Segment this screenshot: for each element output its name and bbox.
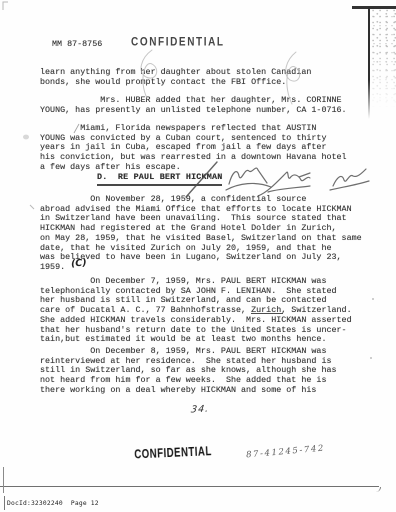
record-number-handwritten: 87-41245-742 — [246, 444, 326, 461]
paragraph-2: Mrs. HUBER added that her daughter, Mrs.… — [40, 96, 347, 115]
page-number: 34. — [190, 404, 210, 416]
paragraph-1: learn anything from her daughter about s… — [40, 68, 311, 87]
section-heading: D. RE PAUL BERT HICKMAN — [97, 172, 222, 186]
paragraph-3: Miami, Florida newspapers reflected that… — [40, 124, 347, 173]
file-number: MM 87-8756 — [52, 39, 102, 49]
bottom-edge-line — [0, 486, 379, 487]
margin-tick-mark — [30, 205, 34, 209]
scan-edge-noise — [371, 9, 396, 114]
scan-edge-artifact-vertical — [368, 7, 370, 119]
zurich-underline-mark — [251, 313, 283, 314]
paragraph-5: On December 7, 1959, Mrs. PAUL BERT HICK… — [40, 277, 352, 345]
corner-mark-top-left — [3, 2, 8, 10]
classification-mark: (C) — [71, 257, 87, 269]
confidential-stamp-bottom: CONFIDENTIAL — [134, 444, 212, 462]
paragraph-6: On December 8, 1959, Mrs. PAUL BERT HICK… — [40, 347, 337, 396]
confidential-stamp-top: CONFIDENTIAL — [131, 36, 225, 49]
document-page: MM 87-8756 CONFIDENTIAL learn anything f… — [0, 0, 396, 512]
left-edge-line — [3, 467, 4, 493]
paragraph-4: On November 28, 1959, a confidential sou… — [40, 195, 362, 273]
handwritten-initials-2 — [258, 172, 310, 196]
footer-edge-tick — [4, 496, 5, 510]
bottom-edge-hook — [374, 487, 381, 492]
docid-footer: DocId:32302240 Page 12 — [7, 500, 99, 507]
